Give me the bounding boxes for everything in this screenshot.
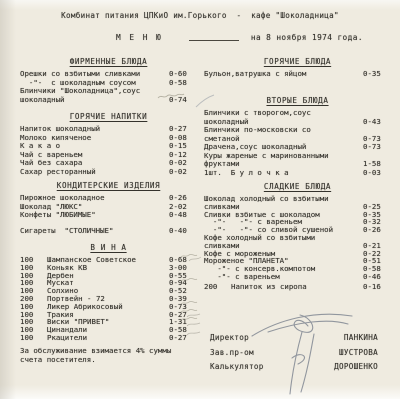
item-price: 0-40 [169, 227, 197, 236]
section-title: ФИРМЕННЫЕ БЛЮДА [20, 57, 197, 66]
item-name: Сигареты "СТОЛИЧНЫЕ" [20, 227, 166, 236]
pencil-mark [194, 94, 216, 108]
item-name: Кофе холодный со взбитыми сливками [204, 234, 360, 250]
item-qty: 200 [204, 283, 231, 292]
menu-item-list: Бульон,ватрушка с яйцом 0-35 [204, 70, 391, 79]
item-price: 0-48 [169, 211, 197, 220]
section-sladkie-blyuda: СЛАДКИЕ БЛЮДА Шоколад холодный со взбиты… [204, 182, 391, 281]
section-vina: В И Н А 100 Шампанское Советское 0-68 10… [20, 243, 197, 342]
menu-item-row: Кофе холодный со взбитыми сливками 0-21 [204, 234, 391, 250]
section-title: КОНДИТЕРСКИЕ ИЗДЕЛИЯ [20, 181, 197, 190]
row-sigarety: Сигареты "СТОЛИЧНЫЕ" 0-40 [20, 227, 197, 236]
pencil-mark [180, 299, 198, 307]
menu-item-row: 1шт. Б у л о ч к а 0-03 [204, 169, 391, 178]
item-name: Напиток из сиропа [231, 283, 360, 292]
item-price: 0-02 [169, 168, 197, 177]
item-name: Блинчики с творогом,соус шоколадный [204, 109, 360, 126]
section-goryachie-blyuda: ГОРЯЧИЕ БЛЮДА Бульон,ватрушка с яйцом 0-… [204, 57, 391, 79]
item-price: 0-43 [363, 118, 391, 127]
menu-item-list: Блинчики с творогом,соус шоколадный 0-43… [204, 109, 391, 177]
item-name: Блинчики "Шоколадница",соус шоколадный [20, 87, 166, 104]
section-title: СЛАДКИЕ БЛЮДА [204, 182, 391, 191]
item-name: Ркацители [47, 334, 166, 342]
item-name: Сахар ресторанный [20, 168, 166, 177]
service-charge-note: За обслуживание взимается 4% суммы счета… [20, 346, 197, 364]
wine-list: 100 Шампанское Советское 0-68 100 Коньяк… [20, 256, 197, 342]
item-name: Шоколад холодный со взбитыми сливками [204, 195, 360, 211]
section-title: В И Н А [20, 243, 197, 252]
item-name: -"- с вареньем [204, 273, 360, 281]
pencil-mark [188, 255, 202, 263]
section-title: ВТОРЫЕ БЛЮДА [204, 96, 391, 105]
section-goryachie-napitki: ГОРЯЧИЕ НАПИТКИ Напиток шоколадный 0-27 … [20, 112, 197, 176]
handwritten-signature [248, 302, 358, 397]
menu-item-list: Пирожное шоколадное 0-26 Шоколад "ЛЮКС" … [20, 194, 197, 220]
menu-item-row: Шоколад холодный со взбитыми сливками 0-… [204, 195, 391, 211]
menu-item-row: Бульон,ватрушка с яйцом 0-35 [204, 70, 391, 79]
pencil-mark [186, 312, 202, 338]
section-vtorye-blyuda: ВТОРЫЕ БЛЮДА Блинчики с творогом,соус шо… [204, 96, 391, 177]
row-napitok-iz-siropa: 200 Напиток из сиропа 0-16 [204, 283, 391, 292]
left-column: ФИРМЕННЫЕ БЛЮДА Орешки со взбитыми сливк… [20, 0, 197, 399]
item-name: 1шт. Б у л о ч к а [204, 169, 360, 178]
item-name: Куры жареные с маринованными фруктами [204, 152, 360, 169]
pencil-mark [157, 91, 185, 101]
menu-item-list: Шоколад холодный со взбитыми сливками 0-… [204, 195, 391, 281]
menu-item-row: Блинчики с творогом,соус шоколадный 0-43 [204, 109, 391, 126]
item-price: 0-16 [363, 283, 391, 292]
menu-item-row: Конфеты "ЛЮБИМЫЕ" 0-48 [20, 211, 197, 220]
menu-item-row: Сахар ресторанный 0-02 [20, 168, 197, 177]
item-price: 0-73 [363, 143, 391, 152]
menu-item-row: Блинчики по-московски со сметаной 0-73 [204, 126, 391, 143]
pencil-mark [180, 276, 198, 284]
signature-role: Директор [210, 331, 249, 346]
section-title: ГОРЯЧИЕ БЛЮДА [204, 57, 391, 66]
item-name: Блинчики по-московски со сметаной [204, 126, 360, 143]
menu-item-row: 100 Ркацители 0-27 [20, 334, 197, 342]
item-price: 0-46 [363, 273, 391, 281]
item-price: 0-58 [169, 79, 197, 88]
item-price: 0-35 [363, 70, 391, 79]
item-price: 0-26 [363, 226, 391, 234]
item-name: Конфеты "ЛЮБИМЫЕ" [20, 211, 166, 220]
menu-item-row: -"- с вареньем 0-46 [204, 273, 391, 281]
menu-item-row: Куры жареные с маринованными фруктами 1-… [204, 152, 391, 169]
scanned-menu-paper: Комбинат питания ЦПКиО им.Горького - каф… [0, 0, 400, 399]
item-price: 0-03 [363, 169, 391, 178]
menu-item-list: Напиток шоколадный 0-27 Молоко кипяченое… [20, 125, 197, 176]
section-konditerskie-izdeliya: КОНДИТЕРСКИЕ ИЗДЕЛИЯ Пирожное шоколадное… [20, 181, 197, 220]
item-qty: 100 [20, 334, 47, 342]
item-name: Бульон,ватрушка с яйцом [204, 70, 360, 79]
section-title: ГОРЯЧИЕ НАПИТКИ [20, 112, 197, 121]
